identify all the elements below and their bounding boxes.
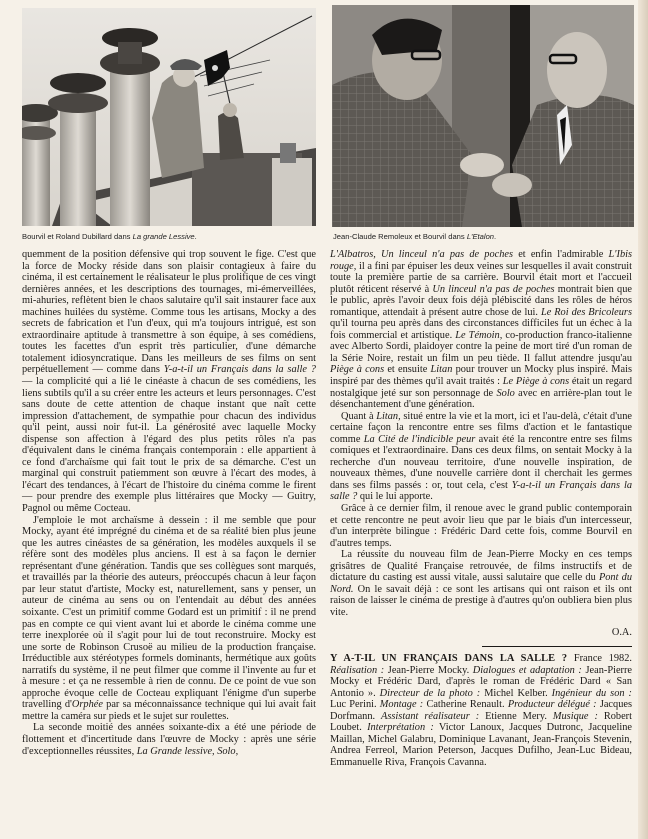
text-run: quemment de la position défensive qui tr… bbox=[22, 249, 316, 375]
article-paragraph: Quant à Litan, situé entre la vie et la … bbox=[330, 411, 632, 503]
text-run: Catherine Renault. bbox=[423, 699, 508, 710]
italic-text: Le Roi des Bricoleurs bbox=[541, 307, 632, 318]
author-signature: O.A. bbox=[330, 627, 632, 639]
text-run: et enfin l'admirable bbox=[513, 249, 609, 260]
text-run: Michel Kelber. bbox=[480, 688, 551, 699]
italic-text: Ingénieur du son : bbox=[552, 688, 632, 699]
italic-text: Montage : bbox=[380, 699, 423, 710]
page-edge bbox=[638, 0, 648, 839]
photo-rooftop-chimneys bbox=[22, 8, 316, 226]
photo-handshake-image bbox=[332, 5, 634, 227]
italic-text: Le Témoin, bbox=[455, 330, 502, 341]
film-credits: Y A-T-IL UN FRANÇAIS DANS LA SALLE ? Fra… bbox=[330, 653, 632, 768]
article-paragraph: L'Albatros, Un linceul n'a pas de poches… bbox=[330, 249, 632, 411]
caption-text: Jean-Claude Remoleux et Bourvil dans bbox=[333, 232, 467, 241]
text-run: Quant à bbox=[341, 411, 376, 422]
article-paragraph: Grâce à ce dernier film, il renoue avec … bbox=[330, 503, 632, 549]
italic-text: Réalisation : bbox=[330, 665, 384, 676]
italic-text: Interprétation : bbox=[367, 722, 434, 733]
article-paragraph: La réussite du nouveau film de Jean-Pier… bbox=[330, 549, 632, 618]
caption-punctuation: . bbox=[494, 232, 496, 241]
text-run: Jean-Pierre Mocky. bbox=[384, 665, 473, 676]
caption-punctuation: . bbox=[195, 232, 197, 241]
italic-text: Producteur délégué : bbox=[508, 699, 597, 710]
article-column-left: quemment de la position défensive qui tr… bbox=[22, 249, 316, 757]
text-run: On le savait déjà : ce sont les artisans… bbox=[330, 584, 632, 618]
article-paragraph: J'emploie le mot archaïsme à dessein : i… bbox=[22, 515, 316, 723]
photo-caption-left: Bourvil et Roland Dubillard dans La gran… bbox=[22, 232, 197, 241]
italic-text: Assistant réalisateur : bbox=[381, 711, 479, 722]
text-run: qui le lui apporte. bbox=[357, 491, 433, 502]
text-run: Grâce à ce dernier film, il renoue avec … bbox=[330, 503, 632, 549]
italic-text: Musique : bbox=[553, 711, 598, 722]
text-run: — la complicité qui a lié le cinéaste à … bbox=[22, 376, 316, 514]
photo-rooftop-image bbox=[22, 8, 316, 226]
italic-text: Le Piège à cons bbox=[503, 376, 569, 387]
caption-text: Bourvil et Roland Dubillard dans bbox=[22, 232, 133, 241]
article-paragraph: quemment de la position défensive qui tr… bbox=[22, 249, 316, 515]
italic-text: Litan bbox=[431, 364, 453, 375]
italic-text: Orphée bbox=[72, 699, 103, 710]
article-paragraphs-right: L'Albatros, Un linceul n'a pas de poches… bbox=[330, 249, 632, 619]
credits-film-title: Y A-T-IL UN FRANÇAIS DANS LA SALLE ? bbox=[330, 653, 567, 664]
italic-text: La Grande lessive, Solo, bbox=[137, 746, 238, 757]
italic-text: La Cité de l'indicible peur bbox=[364, 434, 476, 445]
text-run: La réussite du nouveau film de Jean-Pier… bbox=[330, 549, 632, 583]
text-run: Etienne Mery. bbox=[479, 711, 553, 722]
photo-caption-right: Jean-Claude Remoleux et Bourvil dans L'E… bbox=[333, 232, 496, 241]
italic-text: Dialogues et adaptation : bbox=[473, 665, 582, 676]
text-run: et ensuite bbox=[384, 364, 430, 375]
italic-text: Litan, bbox=[376, 411, 400, 422]
italic-text: Piège à cons bbox=[330, 364, 384, 375]
italic-text: L'Albatros, Un linceul n'a pas de poches bbox=[330, 249, 513, 260]
divider-rule bbox=[482, 646, 632, 647]
article-column-right: L'Albatros, Un linceul n'a pas de poches… bbox=[330, 249, 632, 769]
text-run: J'emploie le mot archaïsme à dessein : i… bbox=[22, 515, 316, 711]
italic-text: Directeur de la photo : bbox=[380, 688, 481, 699]
italic-text: Y-a-t-il un Français dans la salle ? bbox=[164, 364, 316, 375]
caption-film-title: La grande Lessive bbox=[133, 232, 195, 241]
italic-text: Solo bbox=[496, 388, 514, 399]
photo-handshake bbox=[332, 5, 634, 227]
caption-film-title: L'Etalon bbox=[467, 232, 494, 241]
italic-text: Un linceul n'a pas de poches bbox=[432, 284, 554, 295]
text-run: France 1982. bbox=[567, 653, 632, 664]
text-run: Luc Perini. bbox=[330, 699, 380, 710]
article-paragraph: La seconde moitié des années soixante-di… bbox=[22, 722, 316, 757]
